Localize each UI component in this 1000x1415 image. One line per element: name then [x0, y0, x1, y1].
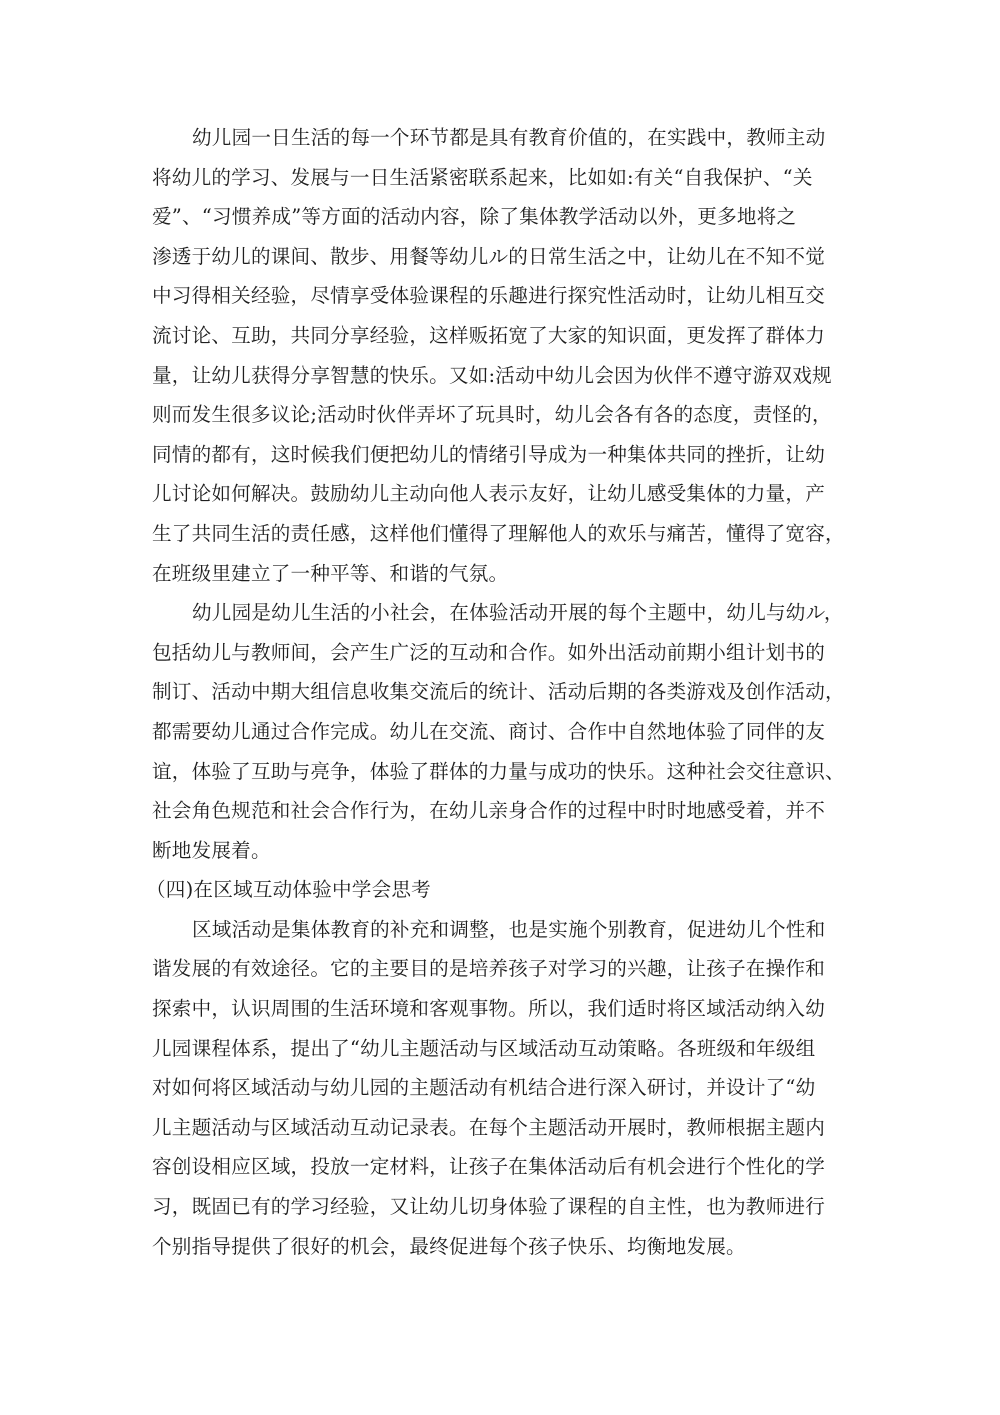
- text-line: 儿主题活动与区域活动互动记录表。在每个主题活动开展时，教师根据主题内: [152, 1108, 852, 1148]
- text-line: 制订、活动中期大组信息收集交流后的统计、活动后期的各类游戏及创作活动，: [152, 672, 852, 712]
- document-page: 幼儿园一日生活的每一个环节都是具有教育价值的，在实践中，教师主动 将幼儿的学习、…: [0, 0, 1000, 1415]
- text-line: 量，让幼儿获得分享智慧的快乐。又如:活动中幼儿会因为伙伴不遵守游双戏规: [152, 356, 852, 396]
- text-line: 同情的都有，这时候我们便把幼儿的情绪引导成为一种集体共同的挫折，让幼: [152, 435, 852, 475]
- text-line: 个别指导提供了很好的机会，最终促进每个孩子快乐、均衡地发展。: [152, 1227, 852, 1267]
- paragraph-daily-life-education: 幼儿园一日生活的每一个环节都是具有教育价值的，在实践中，教师主动 将幼儿的学习、…: [152, 118, 852, 593]
- text-line: 流讨论、互助，共同分享经验，这样贩拓宽了大家的知识面，更发挥了群体力: [152, 316, 852, 356]
- text-line: 区域活动是集体教育的补充和调整，也是实施个别教育，促进幼儿个性和: [152, 910, 852, 950]
- text-line: 生了共同生活的责任感，这样他们懂得了理解他人的欢乐与痛苦，懂得了宽容，: [152, 514, 852, 554]
- section-heading-text: （四)在区域互动体验中学会思考: [146, 870, 852, 910]
- text-line: 探索中，认识周围的生活环境和客观事物。所以，我们适时将区域活动纳入幼: [152, 989, 852, 1029]
- text-line: 儿园课程体系，提出了“幼儿主题活动与区域活动互动策略。各班级和年级组: [152, 1029, 852, 1069]
- section-heading: （四)在区域互动体验中学会思考: [152, 870, 852, 910]
- text-line: 社会角色规范和社会合作行为，在幼儿亲身合作的过程中时时地感受着，并不: [152, 791, 852, 831]
- text-line: 谐发展的有效途径。它的主要目的是培养孩子对学习的兴趣，让孩子在操作和: [152, 949, 852, 989]
- text-line: 幼儿园一日生活的每一个环节都是具有教育价值的，在实践中，教师主动: [152, 118, 852, 158]
- text-line: 爱”、“习惯养成”等方面的活动内容，除了集体教学活动以外，更多地将之: [152, 197, 852, 237]
- text-line: 包括幼儿与教师间，会产生广泛的互动和合作。如外出活动前期小组计划书的: [152, 633, 852, 673]
- paragraph-area-activities: 区域活动是集体教育的补充和调整，也是实施个别教育，促进幼儿个性和 谐发展的有效途…: [152, 910, 852, 1266]
- text-line: 断地发展着。: [152, 831, 852, 871]
- text-line: 都需要幼儿通过合作完成。幼儿在交流、商讨、合作中自然地体验了同伴的友: [152, 712, 852, 752]
- paragraph-small-society: 幼儿园是幼儿生活的小社会，在体验活动开展的每个主题中，幼儿与幼ル， 包括幼儿与教…: [152, 593, 852, 870]
- text-line: 习，既固已有的学习经验，又让幼儿切身体验了课程的自主性，也为教师进行: [152, 1187, 852, 1227]
- text-line: 对如何将区域活动与幼儿园的主题活动有机结合进行深入研讨，并设计了“幼: [152, 1068, 852, 1108]
- text-line: 中习得相关经验，尽情享受体验课程的乐趣进行探究性活动时，让幼儿相互交: [152, 276, 852, 316]
- document-body: 幼儿园一日生活的每一个环节都是具有教育价值的，在实践中，教师主动 将幼儿的学习、…: [152, 118, 852, 1266]
- text-line: 将幼儿的学习、发展与一日生活紧密联系起来，比如如:有关“自我保护、“关: [152, 158, 852, 198]
- text-line: 则而发生很多议论;活动时伙伴弄坏了玩具时，幼儿会各有各的态度，责怪的，: [152, 395, 852, 435]
- text-line: 谊，体验了互助与亮争，体验了群体的力量与成功的快乐。这种社会交往意识、: [152, 752, 852, 792]
- text-line: 在班级里建立了一种平等、和谐的气氛。: [152, 554, 852, 594]
- text-line: 容创设相应区域，投放一定材料，让孩子在集体活动后有机会进行个性化的学: [152, 1147, 852, 1187]
- text-line: 儿讨论如何解决。鼓励幼儿主动向他人表示友好，让幼儿感受集体的力量，产: [152, 474, 852, 514]
- text-line: 幼儿园是幼儿生活的小社会，在体验活动开展的每个主题中，幼儿与幼ル，: [152, 593, 852, 633]
- text-line: 渗透于幼儿的课间、散步、用餐等幼儿ル的日常生活之中，让幼儿在不知不觉: [152, 237, 852, 277]
